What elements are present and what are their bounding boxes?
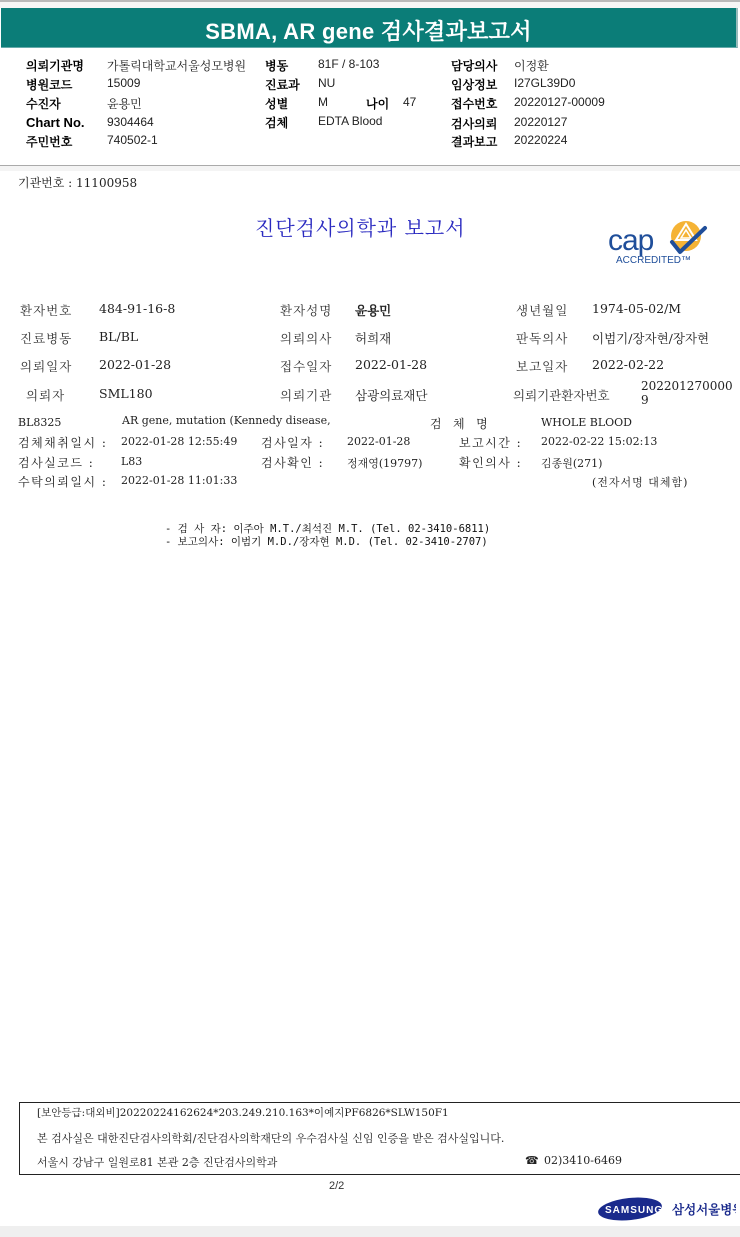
patient-info-value: 2022-01-28: [355, 357, 427, 372]
age-label: 나이: [366, 95, 389, 112]
header-value: 윤용민: [107, 95, 142, 112]
header-label: 진료과: [265, 76, 300, 93]
institution-number: 기관번호 : 11100958: [18, 174, 137, 191]
patient-info-label: 접수일자: [280, 357, 332, 375]
test-code: BL8325: [18, 416, 61, 429]
header-value: 이정환: [514, 57, 549, 74]
patient-info-label: 의뢰일자: [20, 357, 72, 375]
confirm-doctor-label: 확인의사 :: [459, 454, 522, 471]
patient-info-value: 2022-02-22: [592, 357, 664, 372]
page-number: 2/2: [329, 1180, 344, 1192]
header-label: 병동: [265, 57, 288, 74]
specimen-value: WHOLE BLOOD: [541, 416, 632, 429]
patient-info-label: 의뢰기관: [280, 386, 332, 404]
header-label: 병원코드: [26, 76, 72, 93]
header-label: 주민번호: [26, 133, 72, 150]
certification-line: 본 검사실은 대한진단검사의학회/진단검사의학재단의 우수검사실 신임 인증을 …: [37, 1130, 504, 1146]
patient-info-label: 생년월일: [516, 301, 568, 319]
consign-value: 2022-01-28 11:01:33: [121, 474, 237, 487]
patient-info-label: 환자성명: [280, 301, 332, 319]
specimen-label: 검 체 명: [430, 415, 488, 432]
header-value: 9304464: [107, 115, 154, 129]
header-label: 검체: [265, 114, 288, 131]
consign-label: 수탁의뢰일시 :: [18, 473, 107, 490]
header-value: NU: [318, 76, 335, 90]
header-label: 의뢰기관명: [26, 57, 84, 74]
patient-info-value: 윤용민: [355, 301, 391, 319]
header-value: 20220224: [514, 133, 567, 147]
svg-text:cap: cap: [608, 224, 654, 257]
header-label: Chart No.: [26, 115, 85, 130]
test-name: AR gene, mutation (Kennedy disease,: [122, 414, 331, 427]
header-value: EDTA Blood: [318, 114, 382, 128]
section-divider: [0, 165, 740, 171]
test-date-label: 검사일자 :: [261, 434, 324, 451]
header-value: 15009: [107, 76, 140, 90]
cap-accredited-logo: cap ACCREDITED™: [606, 220, 710, 266]
confirm-doctor-value: 김종원(271): [541, 455, 602, 471]
bottom-band: [0, 1226, 740, 1237]
header-label: 접수번호: [451, 95, 497, 112]
collected-value: 2022-01-28 12:55:49: [121, 435, 237, 448]
header-value: 81F / 8-103: [318, 57, 379, 71]
patient-info-value: 2022-01-28: [99, 357, 171, 372]
patient-info-label: 판독의사: [516, 329, 568, 347]
header-value: 20220127-00009: [514, 95, 605, 109]
samsung-logo-icon: SAMSUNG 삼성서울병원: [598, 1194, 736, 1224]
report-time-value: 2022-02-22 15:02:13: [541, 435, 657, 448]
address-line: 서울시 강남구 일원로81 본관 2층 진단검사의학과: [37, 1154, 277, 1170]
security-line: [보안등급:대외비]20220224162624*203.249.210.163…: [37, 1105, 449, 1120]
header-value: I27GL39D0: [514, 76, 575, 90]
patient-info-value: 허희재: [355, 329, 391, 347]
svg-text:ACCREDITED™: ACCREDITED™: [616, 255, 691, 266]
patient-info-label: 의뢰의사: [280, 329, 332, 347]
patient-info-value-cont: 9: [641, 393, 649, 407]
patient-info-value: 202201270000: [641, 379, 733, 393]
patient-info-value: 1974-05-02/M: [592, 301, 681, 316]
verify-value: 정재영(19797): [347, 455, 422, 471]
esign-note: (전자서명 대체함): [592, 474, 688, 490]
test-date-value: 2022-01-28: [347, 435, 410, 448]
phone-number: 02)3410-6469: [544, 1154, 622, 1167]
patient-info-label: 의뢰자: [26, 386, 65, 404]
header-value: M: [318, 95, 328, 109]
cap-logo-icon: cap ACCREDITED™: [606, 220, 710, 266]
patient-info-value: SML180: [99, 386, 153, 401]
samsung-hospital-logo: SAMSUNG 삼성서울병원: [598, 1194, 736, 1224]
report-time-label: 보고시간 :: [459, 434, 522, 451]
header-label: 결과보고: [451, 133, 497, 150]
patient-info-value: 이범기/장자현/장자현: [592, 329, 709, 347]
lab-code-value: L83: [121, 455, 142, 468]
collected-label: 검체채취일시 :: [18, 434, 107, 451]
patient-info-label: 환자번호: [20, 301, 72, 319]
patient-info-value: BL/BL: [99, 329, 138, 344]
header-value: 가톨릭대학교서울성모병원: [107, 57, 246, 74]
header-info: 의뢰기관명 가톨릭대학교서울성모병원 병원코드 15009 수진자 윤용민 Ch…: [0, 0, 740, 160]
header-value: 20220127: [514, 115, 567, 129]
svg-text:삼성서울병원: 삼성서울병원: [672, 1202, 736, 1217]
patient-info-label: 의뢰기관환자번호: [513, 386, 610, 404]
header-label: 담당의사: [451, 57, 497, 74]
age-value: 47: [403, 95, 416, 109]
report-title: 진단검사의학과 보고서: [255, 212, 466, 241]
header-label: 검사의뢰: [451, 115, 497, 132]
header-label: 성별: [265, 95, 288, 112]
svg-text:SAMSUNG: SAMSUNG: [605, 1205, 663, 1216]
reporters-line: - 보고의사: 이범기 M.D./장자현 M.D. (Tel. 02-3410-…: [165, 534, 488, 549]
patient-info-label: 보고일자: [516, 357, 568, 375]
header-label: 임상정보: [451, 76, 497, 93]
lab-code-label: 검사실코드 :: [18, 454, 94, 471]
verify-label: 검사확인 :: [261, 454, 324, 471]
patient-info-value: 484-91-16-8: [99, 301, 175, 316]
patient-info-value: 삼광의료재단: [355, 386, 427, 404]
patient-info-label: 진료병동: [20, 329, 72, 347]
header-label: 수진자: [26, 95, 61, 112]
phone-icon: ☎: [525, 1154, 539, 1167]
header-value: 740502-1: [107, 133, 158, 147]
